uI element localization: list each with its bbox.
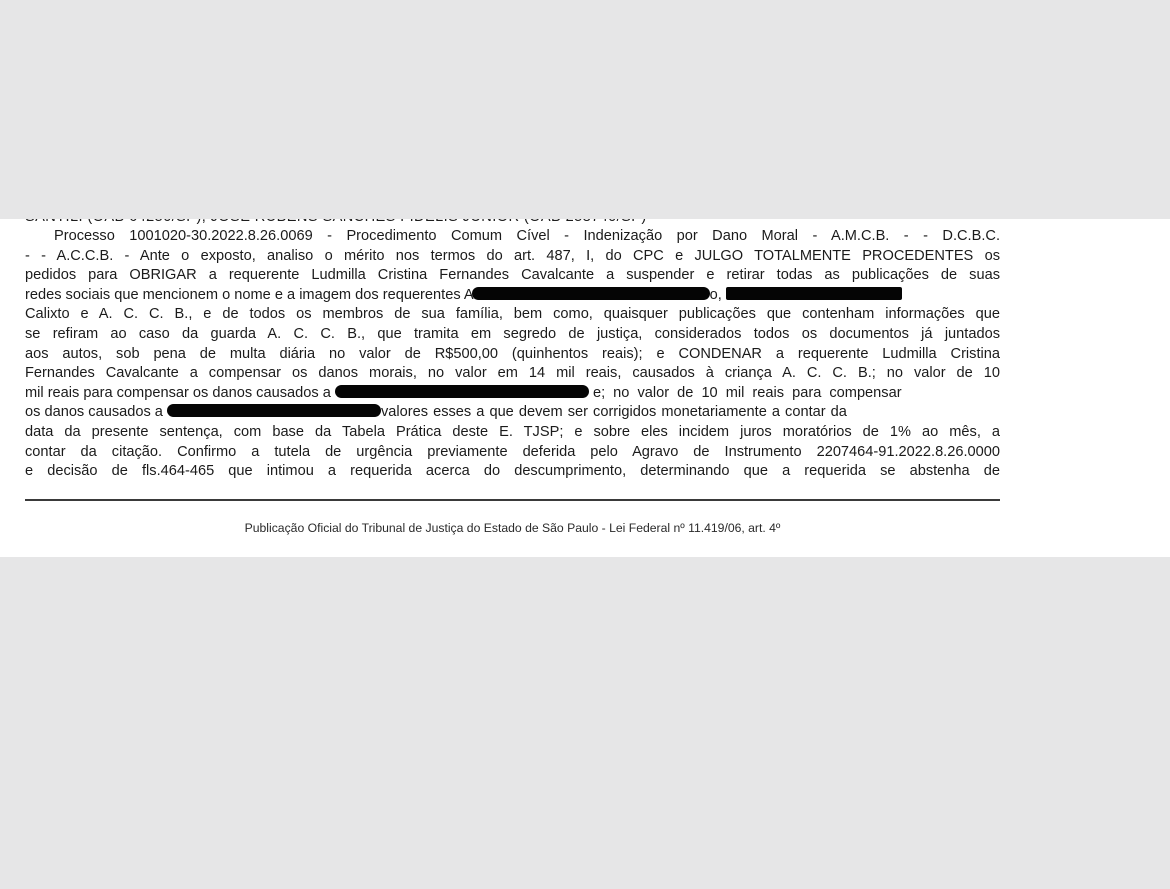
line-text: - - A.C.C.B. - Ante o exposto, analiso o…: [25, 248, 1000, 264]
line-text: aos autos, sob pena de multa diária no v…: [25, 346, 1000, 362]
line-text: valores esses a que devem ser corrigidos…: [381, 404, 847, 420]
text-line: pedidos para OBRIGAR a requerente Ludmil…: [25, 266, 1000, 286]
text-line: e decisão de fls.464-465 que intimou a r…: [25, 462, 1000, 482]
line-text: e; no valor de 10 mil reais para compens…: [593, 385, 902, 401]
text-line: data da presente sentença, com base da T…: [25, 423, 1000, 443]
text-line: redes sociais que mencionem o nome e a i…: [25, 286, 1000, 306]
line-text: Fernandes Cavalcante a compensar os dano…: [25, 365, 1000, 381]
line-text: pedidos para OBRIGAR a requerente Ludmil…: [25, 267, 1000, 283]
text-line: contar da citação. Confirmo a tutela de …: [25, 443, 1000, 463]
line-text: o,: [710, 287, 722, 303]
text-line: se refiram ao caso da guarda A. C. C. B.…: [25, 325, 1000, 345]
publication-footer: Publicação Oficial do Tribunal de Justiç…: [0, 521, 1025, 535]
background-top: [0, 0, 1170, 219]
line-text: os danos causados a: [25, 404, 163, 420]
line-text: se refiram ao caso da guarda A. C. C. B.…: [25, 326, 1000, 342]
line-text: contar da citação. Confirmo a tutela de …: [25, 444, 1000, 460]
line-text: data da presente sentença, com base da T…: [25, 424, 1000, 440]
redaction-bar: [167, 404, 381, 417]
line-text: mil reais para compensar os danos causad…: [25, 385, 331, 401]
text-line: Fernandes Cavalcante a compensar os dano…: [25, 364, 1000, 384]
redaction-bar: [335, 385, 589, 398]
clipped-top-line: SANTILI (OAB 64250/SP), JOSE RUBENS SANC…: [25, 219, 1000, 225]
line-text: Calixto e A. C. C. B., e de todos os mem…: [25, 306, 1000, 322]
text-line: aos autos, sob pena de multa diária no v…: [25, 345, 1000, 365]
redaction-bar: [472, 287, 710, 300]
text-line: os danos causados a valores esses a que …: [25, 403, 1000, 423]
line-text: Processo 1001020-30.2022.8.26.0069 - Pro…: [54, 228, 1000, 244]
line-text: redes sociais que mencionem o nome e a i…: [25, 287, 474, 303]
text-line: mil reais para compensar os danos causad…: [25, 384, 1000, 404]
line-text: e decisão de fls.464-465 que intimou a r…: [25, 463, 1000, 479]
text-line: Processo 1001020-30.2022.8.26.0069 - Pro…: [25, 227, 1000, 247]
text-line: - - A.C.C.B. - Ante o exposto, analiso o…: [25, 247, 1000, 267]
footer-divider: [25, 499, 1000, 501]
redaction-bar: [726, 287, 902, 300]
sentence-paragraph: Processo 1001020-30.2022.8.26.0069 - Pro…: [25, 227, 1000, 482]
text-line: Calixto e A. C. C. B., e de todos os mem…: [25, 305, 1000, 325]
document-page: SANTILI (OAB 64250/SP), JOSE RUBENS SANC…: [0, 219, 1170, 557]
